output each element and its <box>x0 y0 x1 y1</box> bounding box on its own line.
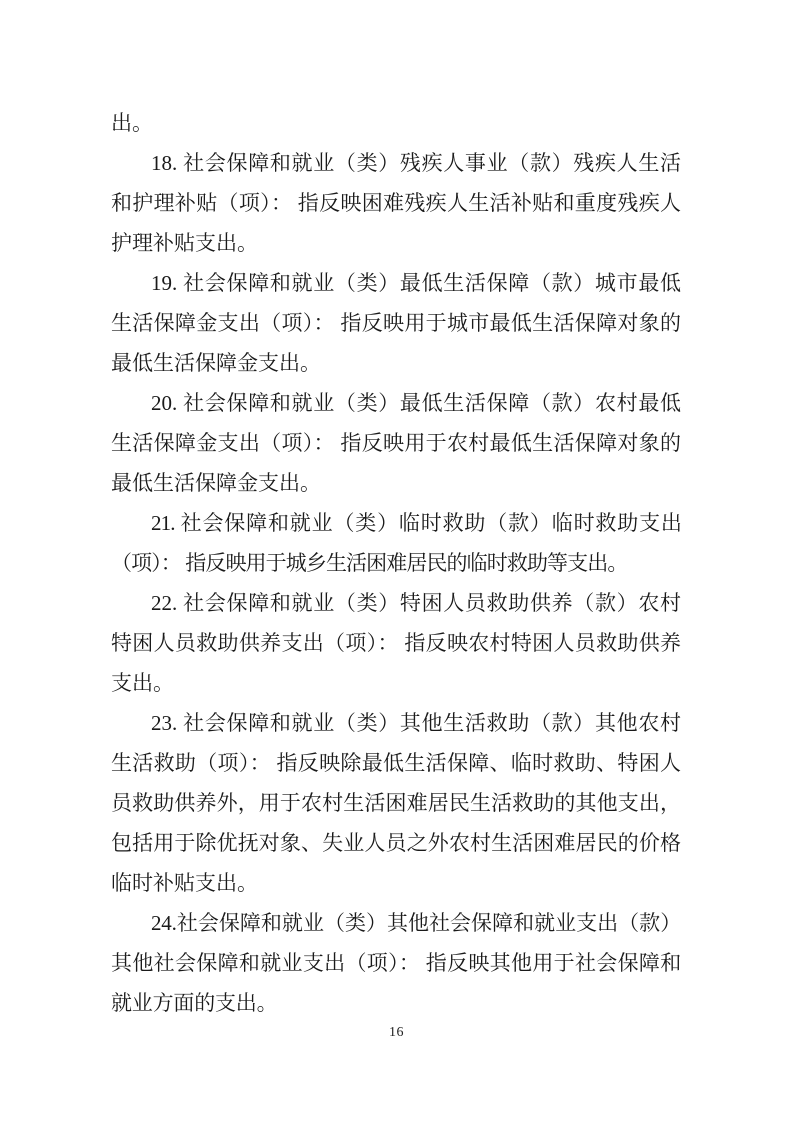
paragraph: 出。 <box>111 103 681 143</box>
paragraph: 20. 社会保障和就业（类）最低生活保障（款）农村最低生活保障金支出（项）： 指… <box>111 383 681 503</box>
document-body: 出。18. 社会保障和就业（类）残疾人事业（款）残疾人生活和护理补贴（项）： 指… <box>111 103 681 1023</box>
page-number: 16 <box>389 1025 404 1040</box>
paragraph: 19. 社会保障和就业（类）最低生活保障（款）城市最低生活保障金支出（项）： 指… <box>111 263 681 383</box>
paragraph: 22. 社会保障和就业（类）特困人员救助供养（款）农村特困人员救助供养支出（项）… <box>111 583 681 703</box>
page-footer: 16 <box>0 1022 793 1044</box>
paragraph: 24.社会保障和就业（类）其他社会保障和就业支出（款）其他社会保障和就业支出（项… <box>111 903 681 1023</box>
paragraph: 23. 社会保障和就业（类）其他生活救助（款）其他农村生活救助（项）： 指反映除… <box>111 703 681 903</box>
document-page: 出。18. 社会保障和就业（类）残疾人事业（款）残疾人生活和护理补贴（项）： 指… <box>0 0 793 1122</box>
paragraph: 18. 社会保障和就业（类）残疾人事业（款）残疾人生活和护理补贴（项）： 指反映… <box>111 143 681 263</box>
paragraph: 21. 社会保障和就业（类）临时救助（款）临时救助支出（项）： 指反映用于城乡生… <box>111 503 681 583</box>
